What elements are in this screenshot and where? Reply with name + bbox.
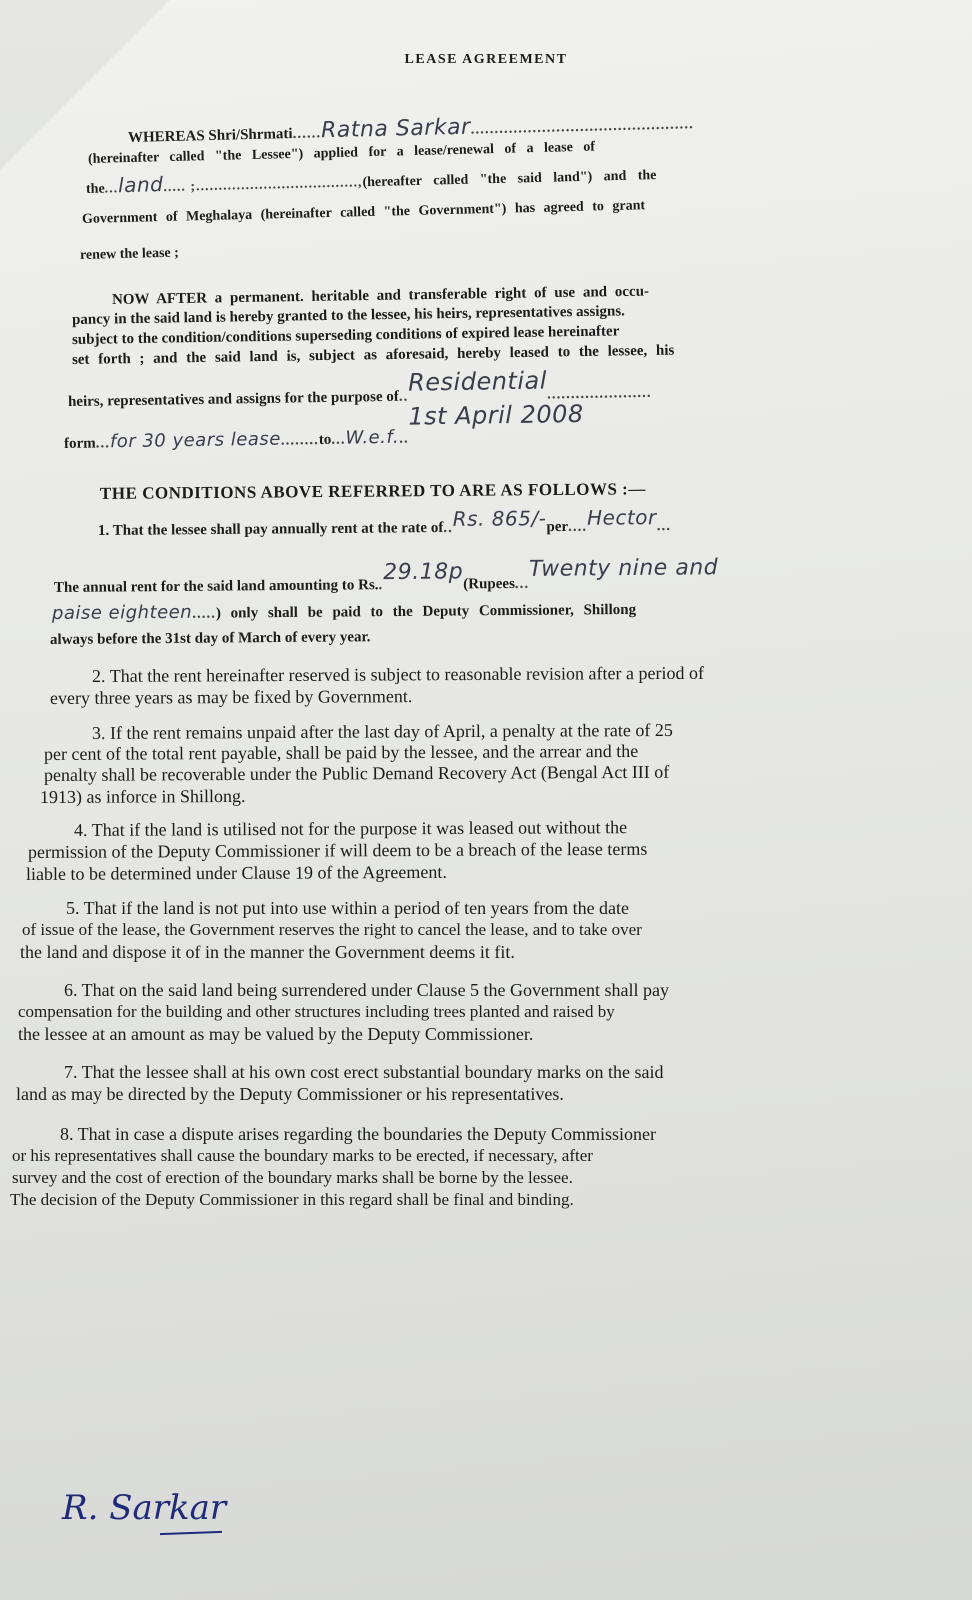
clause-4-line-2: permission of the Deputy Commissioner if…	[28, 839, 647, 862]
clause-6-line-1: 6. That on the said land being surrender…	[64, 980, 669, 1000]
wef-field[interactable]: W.e.f.	[345, 427, 399, 449]
whereas-label: WHEREAS Shri/Shrmati	[128, 126, 293, 146]
clause-4-line-1: 4. That if the land is utilised not for …	[74, 817, 627, 840]
term-field[interactable]: for 30 years lease	[110, 429, 281, 453]
land-type-field[interactable]: land	[118, 172, 164, 197]
purpose-field[interactable]: Residential	[408, 366, 547, 396]
rate-field[interactable]: Rs. 865/-	[453, 506, 547, 531]
clause-3-line-4: 1913) as inforce in Shillong.	[40, 786, 246, 807]
start-date-field[interactable]: 1st April 2008	[408, 400, 584, 431]
clause-5-line-3: the land and dispose it of in the manner…	[20, 942, 515, 962]
clause-8-line-3: survey and the cost of erection of the b…	[12, 1168, 573, 1188]
document-title: LEASE AGREEMENT	[0, 52, 972, 68]
clause-5-line-2: of issue of the lease, the Government re…	[22, 920, 642, 940]
clause-8-line-1: 8. That in case a dispute arises regardi…	[60, 1124, 656, 1144]
amount-words-field-2[interactable]: paise eighteen	[52, 602, 192, 624]
clause-3-line-1: 3. If the rent remains unpaid after the …	[92, 720, 673, 743]
clause-7-line-1: 7. That the lessee shall at his own cost…	[64, 1062, 664, 1082]
unit-field[interactable]: Hector	[587, 505, 657, 530]
clause-8-line-4: The decision of the Deputy Commissioner …	[10, 1190, 574, 1210]
clause-4-line-3: liable to be determined under Clause 19 …	[26, 862, 447, 884]
clause-6-line-3: the lessee at an amount as may be valued…	[18, 1024, 533, 1044]
lessee-name-field[interactable]: Ratna Sarkar	[321, 115, 471, 144]
amount-field[interactable]: 29.18p	[383, 559, 463, 585]
clause-8-line-2: or his representatives shall cause the b…	[12, 1146, 593, 1166]
clause-5-line-1: 5. That if the land is not put into use …	[66, 898, 629, 918]
clause-6-line-2: compensation for the building and other …	[18, 1002, 615, 1022]
clause-2-line-2: every three years as may be fixed by Gov…	[50, 686, 412, 708]
amount-words-field-1[interactable]: Twenty nine and	[529, 555, 718, 582]
clause-7-line-2: land as may be directed by the Deputy Co…	[16, 1084, 564, 1104]
clause-3-line-3: penalty shall be recoverable under the P…	[44, 762, 669, 785]
clause-3-line-2: per cent of the total rent payable, shal…	[44, 741, 638, 764]
preamble-line-5: renew the lease ;	[80, 244, 179, 266]
condition-1-line-4: always before the 31st day of March of e…	[50, 627, 371, 650]
clause-2-line-1: 2. That the rent hereinafter reserved is…	[92, 663, 704, 686]
signature: R. Sarkar	[62, 1488, 226, 1528]
